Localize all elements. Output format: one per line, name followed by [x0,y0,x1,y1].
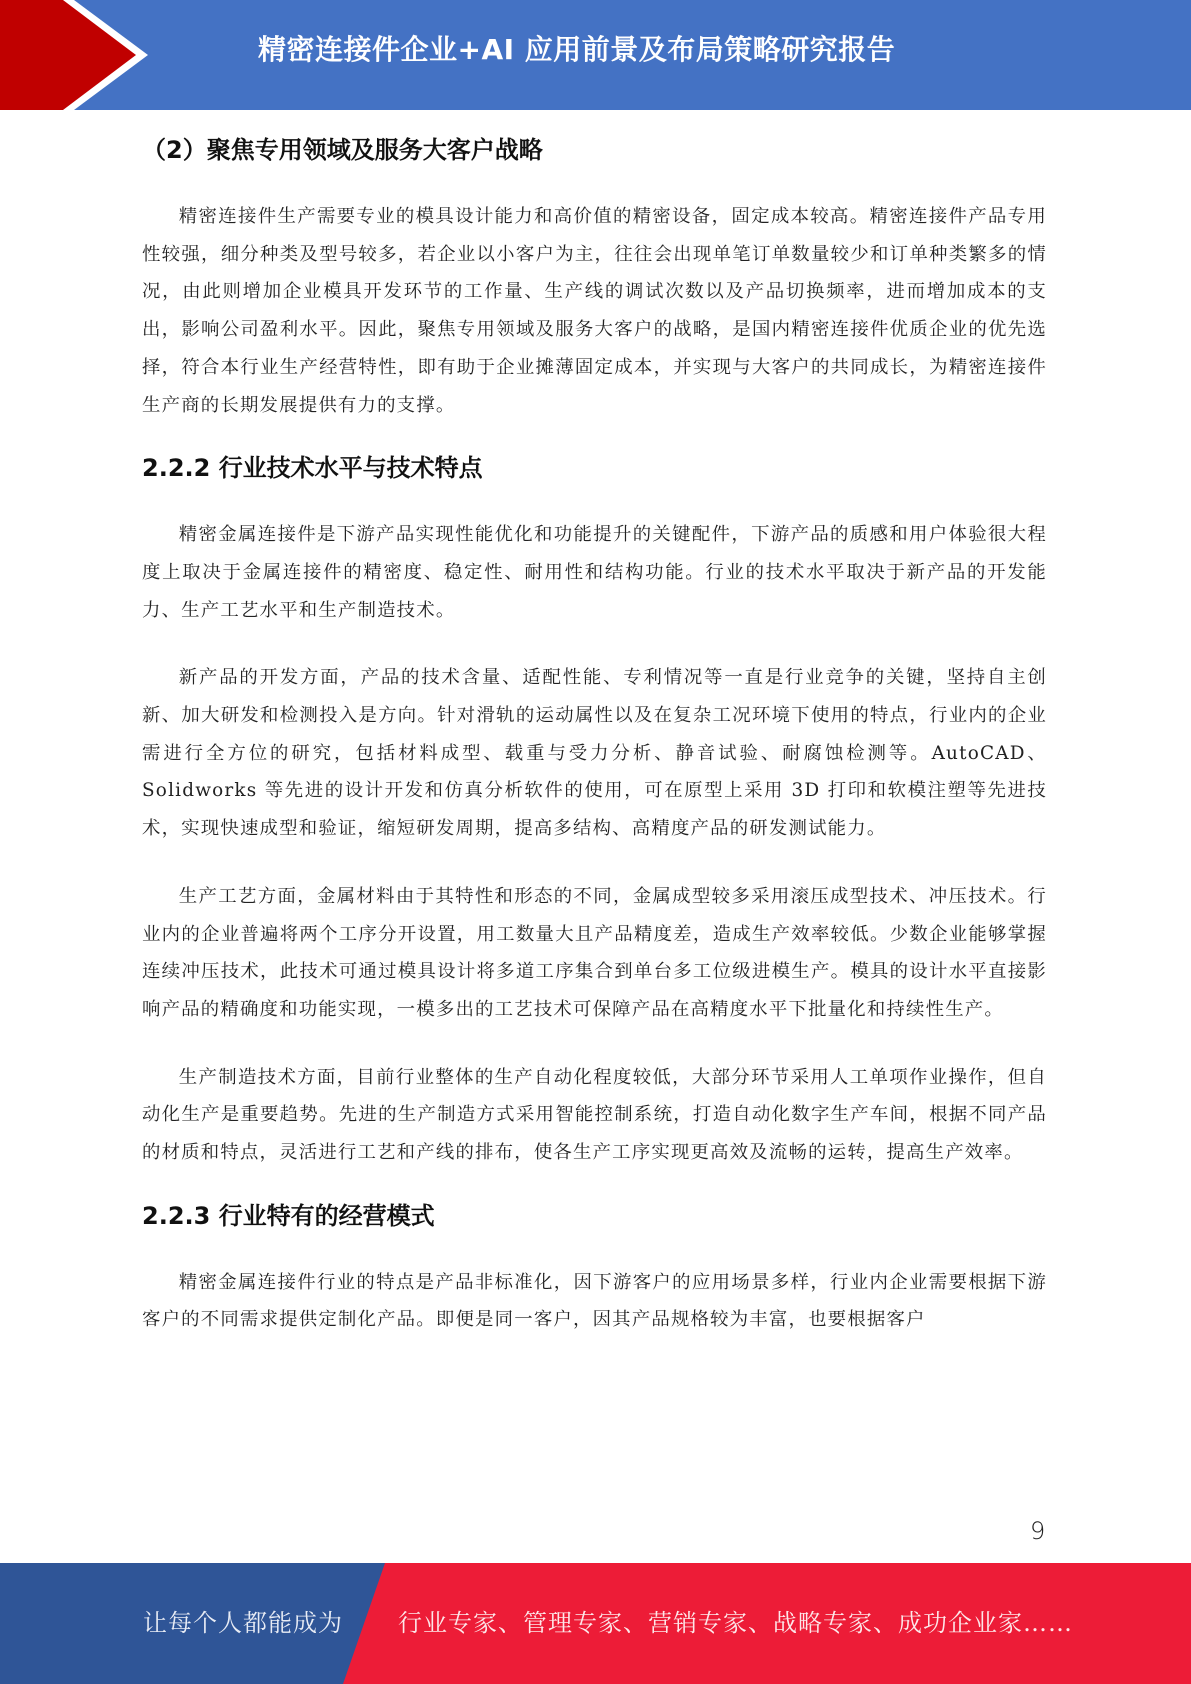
paragraph: 精密金属连接件是下游产品实现性能优化和功能提升的关键配件，下游产品的质感和用户体… [142,516,1047,629]
page-footer: 让每个人都能成为 行业专家、管理专家、营销专家、战略专家、成功企业家…… [0,1563,1191,1684]
document-body: （2）聚焦专用领域及服务大客户战略 精密连接件生产需要专业的模具设计能力和高价值… [142,128,1047,1339]
paragraph: 新产品的开发方面，产品的技术含量、适配性能、专利情况等一直是行业竞争的关键，坚持… [142,659,1047,848]
section-heading-2-2-2: 2.2.2 行业技术水平与技术特点 [142,446,1047,490]
report-title: 精密连接件企业+AI 应用前景及布局策略研究报告 [258,28,895,72]
footer-slogan-left: 让每个人都能成为 [143,1603,343,1638]
section-heading-2-2-3: 2.2.3 行业特有的经营模式 [142,1194,1047,1238]
chevron-arrow-icon [0,0,170,110]
subsection-heading: （2）聚焦专用领域及服务大客户战略 [142,128,1047,172]
page-header: 精密连接件企业+AI 应用前景及布局策略研究报告 [0,0,1191,110]
paragraph: 精密金属连接件行业的特点是产品非标准化，因下游客户的应用场景多样，行业内企业需要… [142,1264,1047,1339]
paragraph: 生产制造技术方面，目前行业整体的生产自动化程度较低，大部分环节采用人工单项作业操… [142,1059,1047,1172]
paragraph: 生产工艺方面，金属材料由于其特性和形态的不同，金属成型较多采用滚压成型技术、冲压… [142,878,1047,1029]
paragraph: 精密连接件生产需要专业的模具设计能力和高价值的精密设备，固定成本较高。精密连接件… [142,198,1047,424]
page-number: 9 [1030,1517,1045,1545]
footer-slogan-right: 行业专家、管理专家、营销专家、战略专家、成功企业家…… [398,1603,1073,1638]
